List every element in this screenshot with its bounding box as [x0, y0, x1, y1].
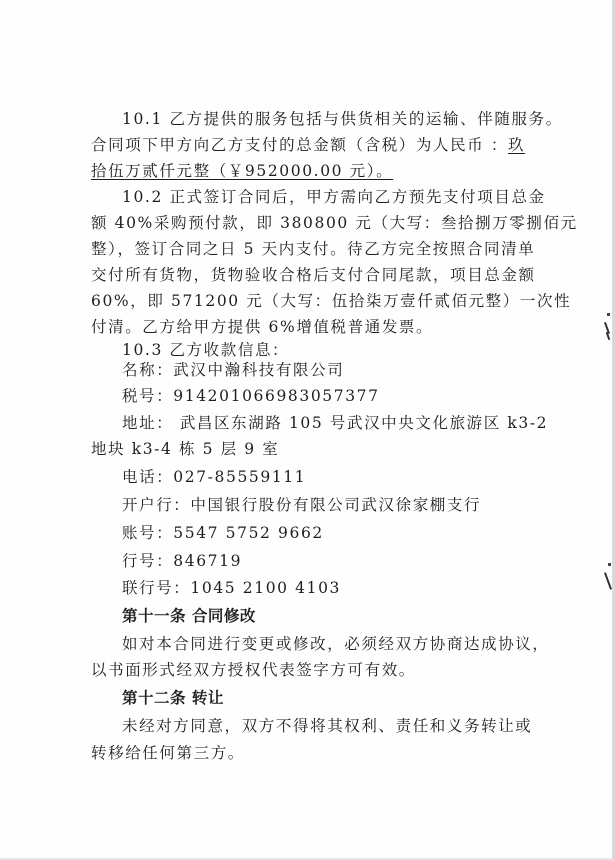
clause-12-line-1: 未经对方同意，双方不得将其权利、责任和义务转让或 [122, 716, 532, 736]
payee-union-bank-no: 联行号：1045 2100 4103 [122, 578, 341, 598]
clause-10-2-line-2: 额 40%采购预付款，即 380800 元（大写：叁拾捌万零捌佰元 [91, 213, 578, 233]
total-amount-value-start: 玖 [508, 136, 525, 154]
clause-11-heading: 第十一条 合同修改 [122, 606, 256, 626]
payee-name: 名称：武汉中瀚科技有限公司 [122, 360, 344, 380]
document-page: 10.1 乙方提供的服务包括与供货相关的运输、伴随服务。 合同项下甲方向乙方支付… [0, 0, 615, 860]
total-amount-label: 合同项下甲方向乙方支付的总金额（含税）为人民币 ： [91, 136, 508, 154]
payee-account: 账号：5547 5752 9662 [122, 523, 324, 543]
clause-10-1-line-2: 合同项下甲方向乙方支付的总金额（含税）为人民币 ：玖 [91, 135, 525, 155]
clause-12-line-2: 转移给任何第三方。 [91, 743, 245, 763]
seal-fragment-mark [604, 572, 612, 590]
clause-10-2-line-1: 10.2 正式签订合同后，甲方需向乙方预先支付项目总金 [122, 187, 546, 207]
clause-11-line-1: 如对本合同进行变更或修改，必须经双方协商达成协议， [122, 634, 550, 654]
payee-phone: 电话：027-85559111 [122, 467, 306, 487]
clause-11-line-2: 以书面形式经双方授权代表签字方可有效。 [91, 660, 416, 680]
payee-tax-id: 税号：914201066983057377 [122, 386, 380, 406]
clause-10-2-line-5: 60%，即 571200 元（大写：伍拾柒万壹仟贰佰元整）一次性 [91, 291, 571, 311]
clause-10-2-line-6: 付清。乙方给甲方提供 6%增值税普通发票。 [91, 317, 433, 337]
clause-10-2-line-4: 交付所有货物，货物验收合格后支付合同尾款，项目总金额 [91, 265, 536, 285]
clause-10-1-line-1: 10.1 乙方提供的服务包括与供货相关的运输、伴随服务。 [122, 109, 563, 129]
seal-fragment-mark [608, 563, 611, 566]
seal-fragment-mark [607, 313, 610, 316]
clause-10-2-line-3: 整），签订合同之日 5 天内支付。待乙方完全按照合同清单 [91, 239, 535, 259]
payee-address-line-1: 地址： 武昌区东湖路 105 号武汉中央文化旅游区 k3-2 [122, 413, 548, 433]
total-amount-value: 拾伍万贰仟元整（￥952000.00 元）。 [91, 161, 393, 181]
clause-10-3-title: 10.3 乙方收款信息： [122, 340, 289, 360]
payee-address-line-2: 地块 k3-4 栋 5 层 9 室 [91, 439, 279, 459]
payee-bank-no: 行号：846719 [122, 551, 242, 571]
clause-12-heading: 第十二条 转让 [122, 688, 224, 708]
payee-bank: 开户行：中国银行股份有限公司武汉徐家棚支行 [122, 495, 481, 515]
